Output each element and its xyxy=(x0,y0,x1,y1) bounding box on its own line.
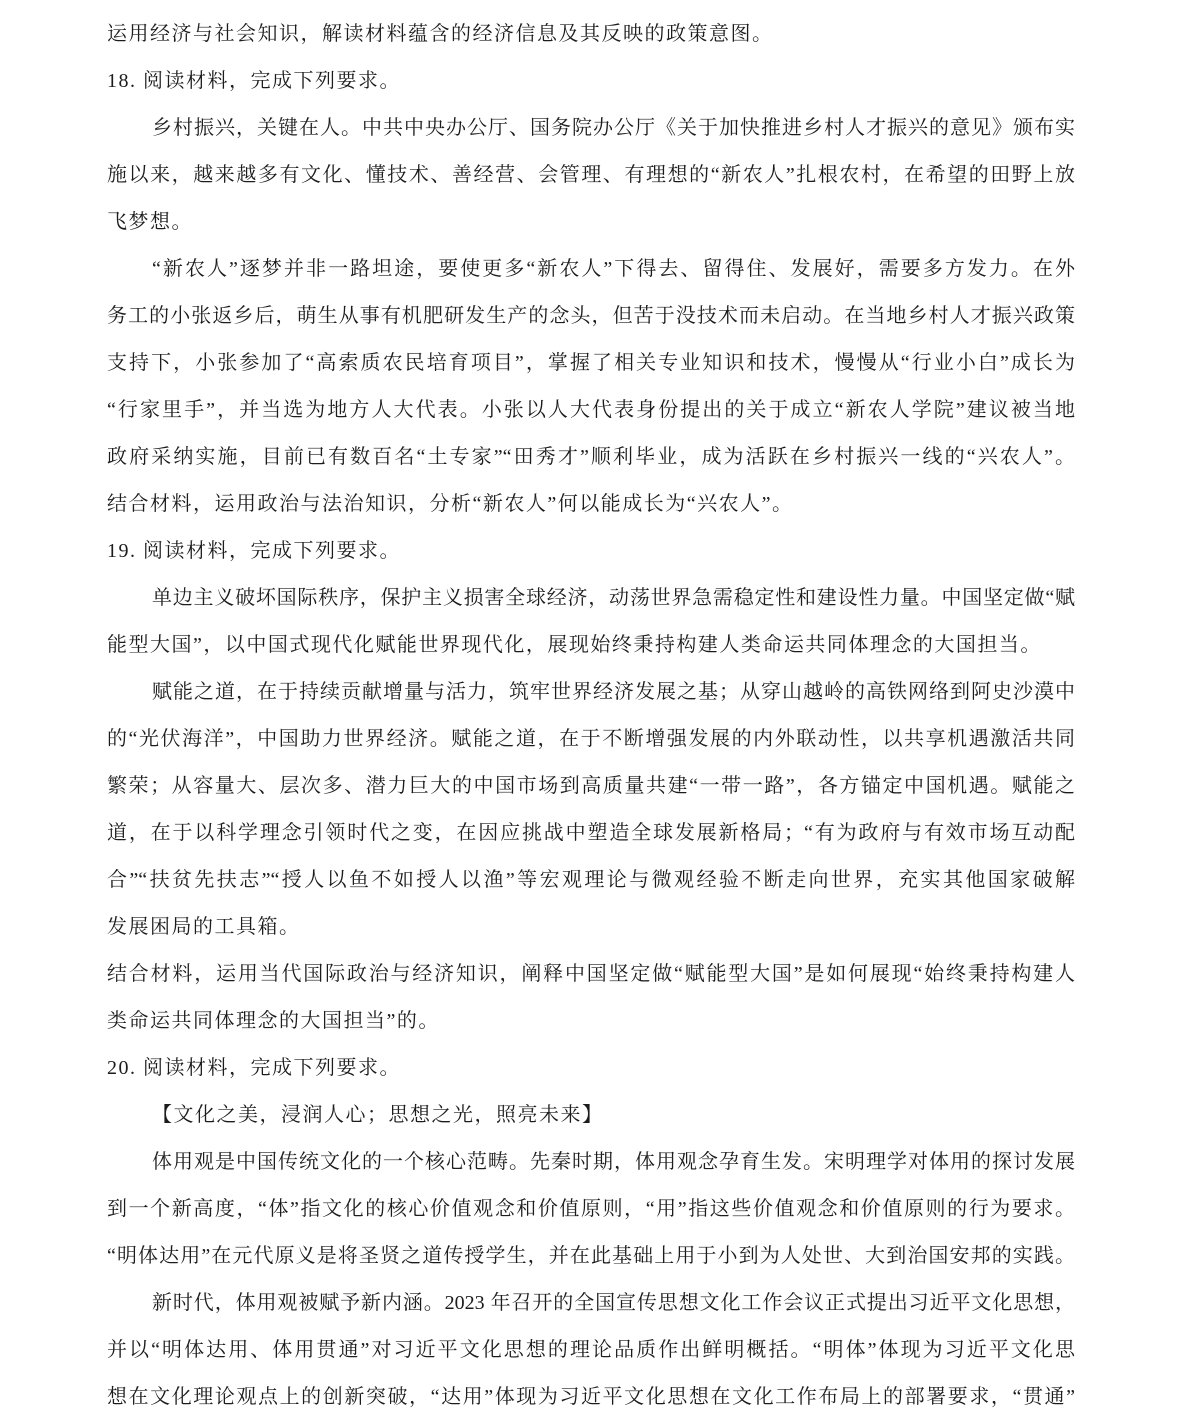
text-line: 20. 阅读材料，完成下列要求。 xyxy=(107,1045,1075,1092)
text-line: 务工的小张返乡后，萌生从事有机肥研发生产的念头，但苦于没技术而未启动。在当地乡村… xyxy=(107,293,1075,340)
text-line: 体用观是中国传统文化的一个核心范畴。先秦时期，体用观念孕育生发。宋明理学对体用的… xyxy=(107,1139,1075,1186)
text-line: “明体达用”在元代原义是将圣贤之道传授学生，并在此基础上用于小到为人处世、大到治… xyxy=(107,1233,1075,1280)
text-line: 并以“明体达用、体用贯通”对习近平文化思想的理论品质作出鲜明概括。“明体”体现为… xyxy=(107,1327,1075,1374)
text-line: 支持下，小张参加了“高索质农民培育项目”，掌握了相关专业知识和技术，慢慢从“行业… xyxy=(107,340,1075,387)
text-line: 能型大国”，以中国式现代化赋能世界现代化，展现始终秉持构建人类命运共同体理念的大… xyxy=(107,622,1075,669)
document-page: 运用经济与社会知识，解读材料蕴含的经济信息及其反映的政策意图。18. 阅读材料，… xyxy=(0,0,1189,1416)
document-text-block: 运用经济与社会知识，解读材料蕴含的经济信息及其反映的政策意图。18. 阅读材料，… xyxy=(107,11,1189,1416)
text-line: 赋能之道，在于持续贡献增量与活力，筑牢世界经济发展之基；从穿山越岭的高铁网络到阿… xyxy=(107,669,1075,716)
text-line: 到一个新高度，“体”指文化的核心价值观念和价值原则，“用”指这些价值观念和价值原… xyxy=(107,1186,1075,1233)
text-line: 道，在于以科学理念引领时代之变，在因应挑战中塑造全球发展新格局；“有为政府与有效… xyxy=(107,810,1075,857)
text-line: 繁荣；从容量大、层次多、潜力巨大的中国市场到高质量共建“一带一路”，各方锚定中国… xyxy=(107,763,1075,810)
text-line: “新农人”逐梦并非一路坦途，要使更多“新农人”下得去、留得住、发展好，需要多方发… xyxy=(107,246,1075,293)
text-line: 施以来，越来越多有文化、懂技术、善经营、会管理、有理想的“新农人”扎根农村，在希… xyxy=(107,152,1075,199)
text-line: 结合材料，运用当代国际政治与经济知识，阐释中国坚定做“赋能型大国”是如何展现“始… xyxy=(107,951,1075,998)
text-line: “行家里手”，并当选为地方人大代表。小张以人大代表身份提出的关于成立“新农人学院… xyxy=(107,387,1075,434)
text-line: 的“光伏海洋”，中国助力世界经济。赋能之道，在于不断增强发展的内外联动性，以共享… xyxy=(107,716,1075,763)
text-line: 运用经济与社会知识，解读材料蕴含的经济信息及其反映的政策意图。 xyxy=(107,11,1075,58)
text-line: 乡村振兴，关键在人。中共中央办公厅、国务院办公厅《关于加快推进乡村人才振兴的意见… xyxy=(107,105,1075,152)
text-line: 合”“扶贫先扶志”“授人以鱼不如授人以渔”等宏观理论与微观经验不断走向世界，充实… xyxy=(107,857,1075,904)
text-line: 飞梦想。 xyxy=(107,199,1075,246)
text-line: 类命运共同体理念的大国担当”的。 xyxy=(107,998,1075,1045)
text-line: 19. 阅读材料，完成下列要求。 xyxy=(107,528,1075,575)
text-line: 【文化之美，浸润人心；思想之光，照亮未来】 xyxy=(107,1092,1075,1139)
text-line: 新时代，体用观被赋予新内涵。2023 年召开的全国宣传思想文化工作会议正式提出习… xyxy=(107,1280,1075,1327)
text-line: 18. 阅读材料，完成下列要求。 xyxy=(107,58,1075,105)
text-line: 结合材料，运用政治与法治知识，分析“新农人”何以能成长为“兴农人”。 xyxy=(107,481,1075,528)
text-line: 单边主义破坏国际秩序，保护主义损害全球经济，动荡世界急需稳定性和建设性力量。中国… xyxy=(107,575,1075,622)
text-line: 想在文化理论观点上的创新突破，“达用”体现为习近平文化思想在文化工作布局上的部署… xyxy=(107,1374,1075,1416)
text-line: 政府采纳实施，目前已有数百名“土专家”“田秀才”顺利毕业，成为活跃在乡村振兴一线… xyxy=(107,434,1075,481)
text-line: 发展困局的工具箱。 xyxy=(107,904,1075,951)
